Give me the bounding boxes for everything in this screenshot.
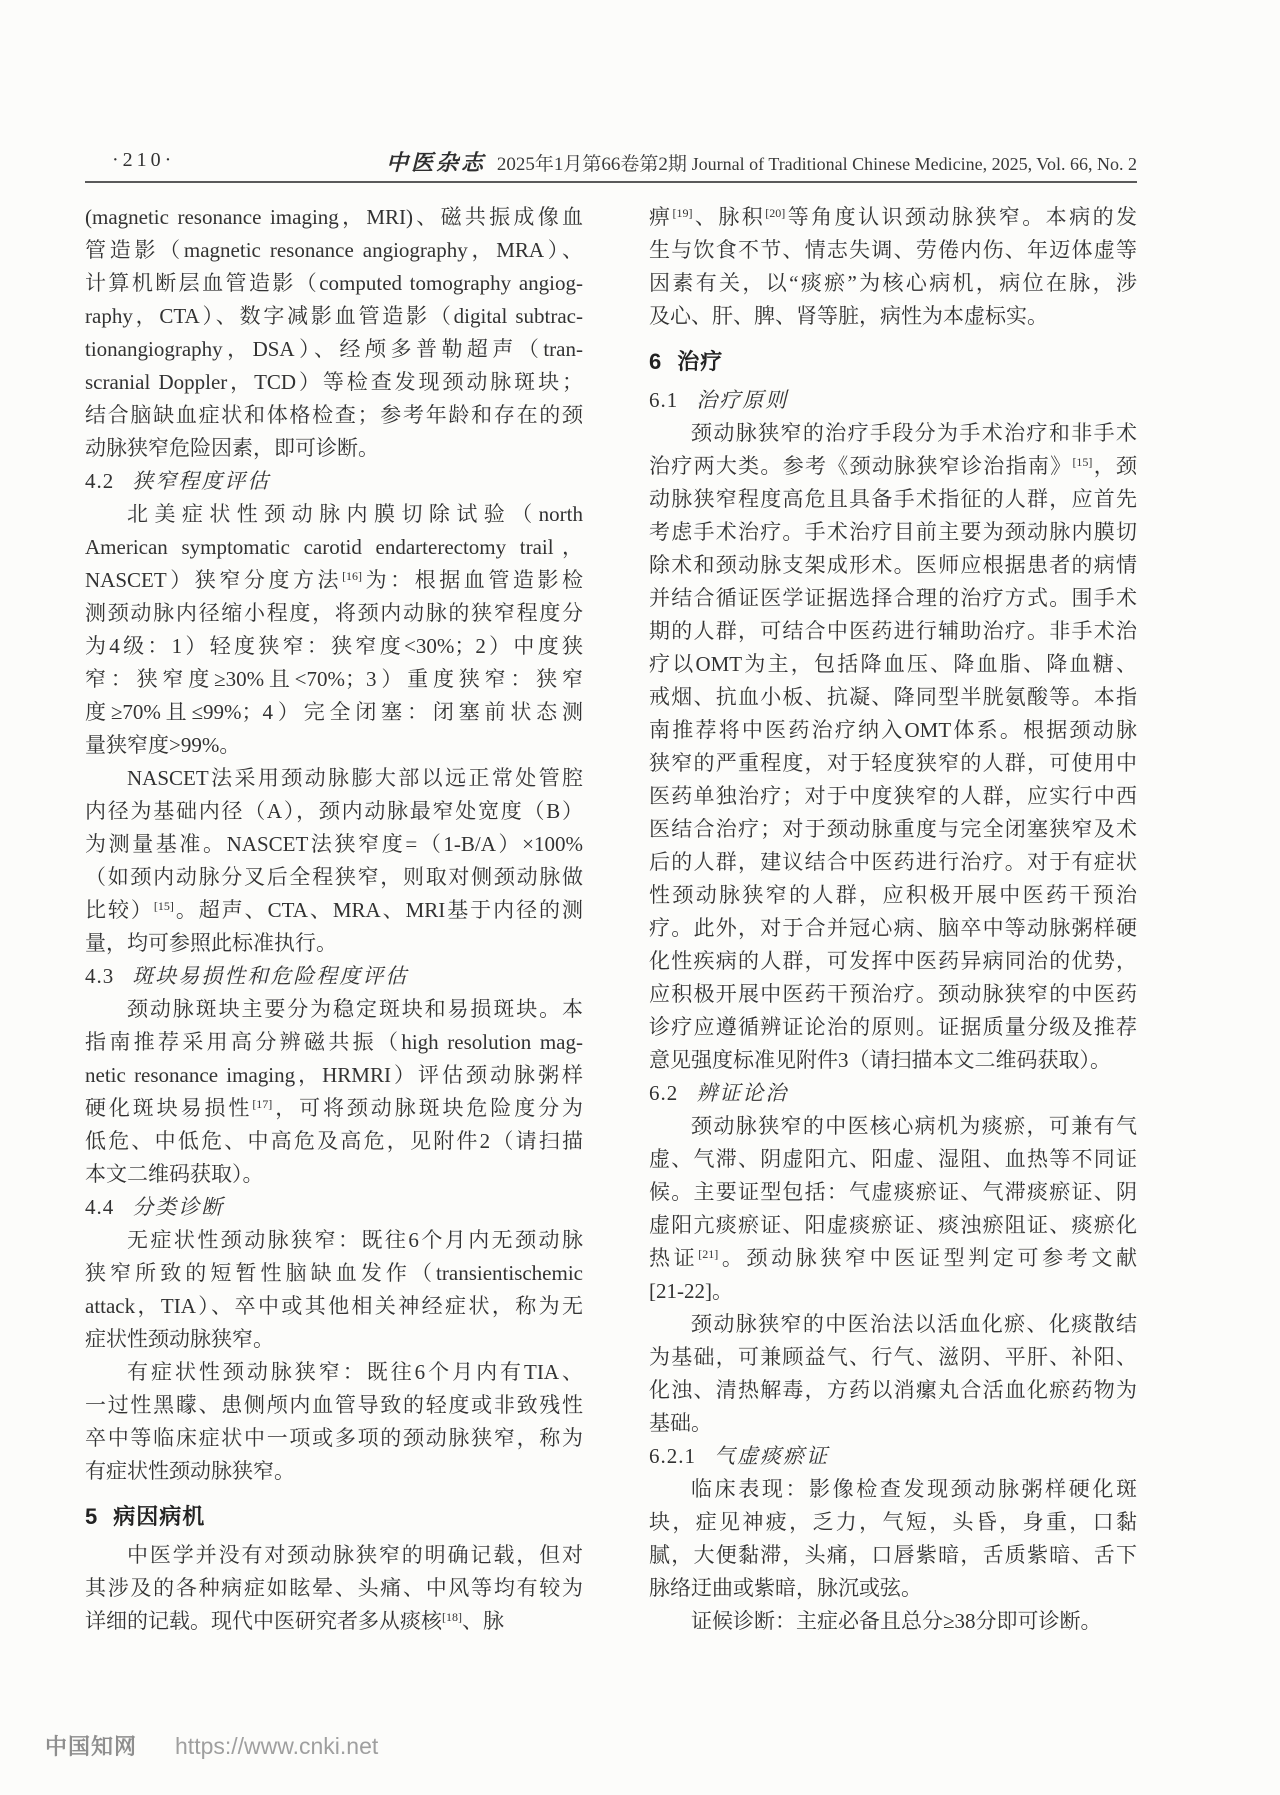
text-line: 南推荐将中医药治疗纳入OMT体系。根据颈动脉 — [649, 714, 1137, 747]
text-line: 量，均可参照此标准执行。 — [85, 927, 583, 960]
text-line: 证候诊断：主症必备且总分≥38分即可诊断。 — [649, 1605, 1137, 1638]
text-line: NASCET）狭窄分度方法[16]为：根据血管造影检 — [85, 564, 583, 597]
text-line: 治疗两大类。参考《颈动脉狭窄诊治指南》[15]，颈 — [649, 450, 1137, 483]
reference-marker: [19] — [672, 206, 692, 220]
text-line: 内径为基础内径（A），颈内动脉最窄处宽度（B） — [85, 795, 583, 828]
header-rule — [85, 181, 1137, 183]
cnki-url: https://www.cnki.net — [175, 1733, 378, 1759]
text-line: 虚、气滞、阴虚阳亢、阳虚、湿阻、血热等不同证 — [649, 1143, 1137, 1176]
text-line: 医结合治疗；对于颈动脉重度与完全闭塞狭窄及术 — [649, 813, 1137, 846]
text-line: 症状性颈动脉狭窄。 — [85, 1323, 583, 1356]
text-line: 狭窄所致的短暂性脑缺血发作（transientischemic — [85, 1257, 583, 1290]
text-line: 计算机断层血管造影（computed tomography angiog- — [85, 267, 583, 300]
paragraph: 颈动脉狭窄的治疗手段分为手术治疗和非手术治疗两大类。参考《颈动脉狭窄诊治指南》[… — [649, 417, 1137, 1077]
section-title: 病因病机 — [113, 1504, 205, 1529]
text-line: 动脉狭窄危险因素，即可诊断。 — [85, 432, 583, 465]
section-heading-6.2.1: 6.2.1气虚痰瘀证 — [649, 1440, 1137, 1473]
text-line: 窄：狭窄度≥30%且<70%；3）重度狭窄：狭窄 — [85, 663, 583, 696]
text-line: 本文二维码获取）。 — [85, 1158, 583, 1191]
reference-marker: [17] — [252, 1097, 272, 1111]
text-line: 除术和颈动脉支架成形术。医师应根据患者的病情 — [649, 549, 1137, 582]
text-line: 北美症状性颈动脉内膜切除试验（north — [85, 498, 583, 531]
text-line: 性颈动脉狭窄的人群，应积极开展中医药干预治 — [649, 879, 1137, 912]
section-number: 4.2 — [85, 469, 114, 493]
text-line: 虚阳亢痰瘀证、阳虚痰瘀证、痰浊瘀阻证、痰瘀化 — [649, 1209, 1137, 1242]
section-number: 6.2.1 — [649, 1444, 696, 1468]
text-line: 指南推荐采用高分辨磁共振（high resolution mag- — [85, 1026, 583, 1059]
section-title: 斑块易损性和危险程度评估 — [132, 964, 408, 988]
text-line: NASCET法采用颈动脉膨大部以远正常处管腔 — [85, 762, 583, 795]
reference-marker: [20] — [765, 206, 785, 220]
section-title: 狭窄程度评估 — [132, 469, 270, 493]
text-line: 及心、肝、脾、肾等脏，病性为本虚标实。 — [649, 300, 1137, 333]
text-line: 颈动脉斑块主要分为稳定斑块和易损斑块。本 — [85, 993, 583, 1026]
page-number: ·210· — [112, 149, 175, 172]
section-title: 治疗原则 — [696, 388, 788, 412]
text-line: 腻，大便黏滞，头痛，口唇紫暗，舌质紫暗、舌下 — [649, 1539, 1137, 1572]
paragraph: 颈动脉狭窄的中医核心病机为痰瘀，可兼有气虚、气滞、阴虚阳亢、阳虚、湿阻、血热等不… — [649, 1110, 1137, 1308]
paragraph: 痹[19]、脉积[20]等角度认识颈动脉狭窄。本病的发生与饮食不节、情志失调、劳… — [649, 201, 1137, 333]
section-title: 气虚痰瘀证 — [714, 1444, 829, 1468]
paragraph: 中医学并没有对颈动脉狭窄的明确记载，但对其涉及的各种病症如眩晕、头痛、中风等均有… — [85, 1539, 583, 1638]
text-line: 详细的记载。现代中医研究者多从痰核[18]、脉 — [85, 1605, 583, 1638]
section-title: 辨证论治 — [696, 1081, 788, 1105]
text-line: 基础。 — [649, 1407, 1137, 1440]
text-line: 无症状性颈动脉狭窄：既往6个月内无颈动脉 — [85, 1224, 583, 1257]
text-line: 块，症见神疲，乏力，气短，头昏，身重，口黏 — [649, 1506, 1137, 1539]
text-line: 颈动脉狭窄的中医核心病机为痰瘀，可兼有气 — [649, 1110, 1137, 1143]
text-line: 化性疾病的人群，可发挥中医药异病同治的优势， — [649, 945, 1137, 978]
section-heading-4.4: 4.4分类诊断 — [85, 1191, 583, 1224]
right-column: 痹[19]、脉积[20]等角度认识颈动脉狭窄。本病的发生与饮食不节、情志失调、劳… — [649, 201, 1137, 1638]
text-line: [21-22]。 — [649, 1275, 1137, 1308]
paragraph: 有症状性颈动脉狭窄：既往6个月内有TIA、一过性黑矇、患侧颅内血管导致的轻度或非… — [85, 1356, 583, 1488]
text-line: 狭窄的严重程度，对于轻度狭窄的人群，可使用中 — [649, 747, 1137, 780]
cnki-logo: 中国知网 — [45, 1734, 137, 1759]
text-line: 痹[19]、脉积[20]等角度认识颈动脉狭窄。本病的发 — [649, 201, 1137, 234]
text-line: 动脉狭窄程度高危且具备手术指征的人群，应首先 — [649, 483, 1137, 516]
text-line: 脉络迂曲或紫暗，脉沉或弦。 — [649, 1572, 1137, 1605]
text-line: 量狭窄度>99%。 — [85, 729, 583, 762]
issue-info: 2025年1月第66卷第2期 — [497, 154, 687, 175]
text-line: 其涉及的各种病症如眩晕、头痛、中风等均有较为 — [85, 1572, 583, 1605]
text-line: 诊疗应遵循辨证论治的原则。证据质量分级及推荐 — [649, 1011, 1137, 1044]
journal-name-logo: 中医杂志 — [386, 150, 486, 175]
text-line: 戒烟、抗血小板、抗凝、降同型半胱氨酸等。本指 — [649, 681, 1137, 714]
reference-marker: [18] — [442, 1610, 462, 1624]
text-line: 意见强度标准见附件3（请扫描本文二维码获取）。 — [649, 1044, 1137, 1077]
reference-marker: [21] — [698, 1247, 718, 1261]
text-line: 低危、中低危、中高危及高危，见附件2（请扫描 — [85, 1125, 583, 1158]
paragraph: 颈动脉斑块主要分为稳定斑块和易损斑块。本指南推荐采用高分辨磁共振（high re… — [85, 993, 583, 1191]
section-title: 分类诊断 — [132, 1195, 224, 1219]
text-line: 化浊、清热解毒，方药以消瘰丸合活血化瘀药物为 — [649, 1374, 1137, 1407]
text-line: 疗。此外，对于合并冠心病、脑卒中等动脉粥样硬 — [649, 912, 1137, 945]
text-line: scranial Doppler，TCD）等检查发现颈动脉斑块； — [85, 366, 583, 399]
text-line: 结合脑缺血症状和体格检查；参考年龄和存在的颈 — [85, 399, 583, 432]
section-heading-6.2: 6.2辨证论治 — [649, 1077, 1137, 1110]
text-line: 考虑手术治疗。手术治疗目前主要为颈动脉内膜切 — [649, 516, 1137, 549]
section-number: 4.4 — [85, 1195, 114, 1219]
text-line: 疗以OMT为主，包括降血压、降血脂、降血糖、 — [649, 648, 1137, 681]
section-heading-4.3: 4.3斑块易损性和危险程度评估 — [85, 960, 583, 993]
section-heading-4.2: 4.2狭窄程度评估 — [85, 465, 583, 498]
section-heading-6.1: 6.1治疗原则 — [649, 384, 1137, 417]
section-number: 6.1 — [649, 388, 678, 412]
text-line: raphy，CTA）、数字减影血管造影（digital subtrac- — [85, 300, 583, 333]
text-line: 中医学并没有对颈动脉狭窄的明确记载，但对 — [85, 1539, 583, 1572]
journal-page: ·210· 中医杂志 2025年1月第66卷第2期 Journal of Tra… — [0, 0, 1280, 1795]
text-line: 为测量基准。NASCET法狭窄度=（1-B/A）×100% — [85, 828, 583, 861]
text-line: 生与饮食不节、情志失调、劳倦内伤、年迈体虚等 — [649, 234, 1137, 267]
text-line: 并结合循证医学证据选择合理的治疗方式。围手术 — [649, 582, 1137, 615]
section-number: 5 — [85, 1504, 97, 1529]
text-line: tionangiography，DSA）、经颅多普勒超声（tran- — [85, 333, 583, 366]
text-line: 医药单独治疗；对于中度狭窄的人群，应实行中西 — [649, 780, 1137, 813]
text-line: 一过性黑矇、患侧颅内血管导致的轻度或非致残性 — [85, 1389, 583, 1422]
paragraph: 临床表现：影像检查发现颈动脉粥样硬化斑块，症见神疲，乏力，气短，头昏，身重，口黏… — [649, 1473, 1137, 1605]
section-number: 6.2 — [649, 1081, 678, 1105]
reference-marker: [15] — [154, 899, 174, 913]
text-line: 临床表现：影像检查发现颈动脉粥样硬化斑 — [649, 1473, 1137, 1506]
paragraph: 颈动脉狭窄的中医治法以活血化瘀、化痰散结为基础，可兼顾益气、行气、滋阴、平肝、补… — [649, 1308, 1137, 1440]
text-line: 候。主要证型包括：气虚痰瘀证、气滞痰瘀证、阴 — [649, 1176, 1137, 1209]
text-line: 有症状性颈动脉狭窄：既往6个月内有TIA、 — [85, 1356, 583, 1389]
text-line: 应积极开展中医药干预治疗。颈动脉狭窄的中医药 — [649, 978, 1137, 1011]
text-line: 热证[21]。颈动脉狭窄中医证型判定可参考文献 — [649, 1242, 1137, 1275]
text-line: 管造影（magnetic resonance angiography，MRA）、 — [85, 234, 583, 267]
cnki-watermark: 中国知网https://www.cnki.net — [45, 1730, 378, 1761]
journal-citation: 中医杂志 2025年1月第66卷第2期 Journal of Tradition… — [187, 146, 1137, 177]
section-number: 6 — [649, 349, 661, 374]
section-heading-6: 6治疗 — [649, 333, 1137, 378]
section-title: 治疗 — [677, 349, 723, 374]
text-line: 比较）[15]。超声、CTA、MRA、MRI基于内径的测 — [85, 894, 583, 927]
journal-title-en: Journal of Traditional Chinese Medicine,… — [692, 154, 1137, 174]
text-line: 硬化斑块易损性[17]，可将颈动脉斑块危险度分为 — [85, 1092, 583, 1125]
text-line: （如颈内动脉分叉后全程狭窄，则取对侧颈动脉做 — [85, 861, 583, 894]
left-column: (magnetic resonance imaging，MRI)、磁共振成像血管… — [85, 201, 583, 1638]
reference-marker: [15] — [1072, 455, 1092, 469]
text-line: American symptomatic carotid endarterect… — [85, 531, 583, 564]
text-line: netic resonance imaging，HRMRI）评估颈动脉粥样 — [85, 1059, 583, 1092]
section-number: 4.3 — [85, 964, 114, 988]
text-line: 有症状性颈动脉狭窄。 — [85, 1455, 583, 1488]
text-line: 颈动脉狭窄的治疗手段分为手术治疗和非手术 — [649, 417, 1137, 450]
paragraph: NASCET法采用颈动脉膨大部以远正常处管腔内径为基础内径（A），颈内动脉最窄处… — [85, 762, 583, 960]
paragraph: 无症状性颈动脉狭窄：既往6个月内无颈动脉狭窄所致的短暂性脑缺血发作（transi… — [85, 1224, 583, 1356]
reference-marker: [16] — [342, 569, 362, 583]
text-line: 后的人群，建议结合中医药进行治疗。对于有症状 — [649, 846, 1137, 879]
text-line: 测颈动脉内径缩小程度，将颈内动脉的狭窄程度分 — [85, 597, 583, 630]
text-line: 颈动脉狭窄的中医治法以活血化瘀、化痰散结 — [649, 1308, 1137, 1341]
text-line: attack，TIA）、卒中或其他相关神经症状，称为无 — [85, 1290, 583, 1323]
paragraph: 证候诊断：主症必备且总分≥38分即可诊断。 — [649, 1605, 1137, 1638]
text-line: 为基础，可兼顾益气、行气、滋阴、平肝、补阳、 — [649, 1341, 1137, 1374]
text-line: 为4级：1）轻度狭窄：狭窄度<30%；2）中度狭 — [85, 630, 583, 663]
section-heading-5: 5病因病机 — [85, 1488, 583, 1533]
text-line: 期的人群，可结合中医药进行辅助治疗。非手术治 — [649, 615, 1137, 648]
text-line: 卒中等临床症状中一项或多项的颈动脉狭窄，称为 — [85, 1422, 583, 1455]
text-line: 因素有关，以“痰瘀”为核心病机，病位在脉，涉 — [649, 267, 1137, 300]
paragraph: 北美症状性颈动脉内膜切除试验（northAmerican symptomatic… — [85, 498, 583, 762]
paragraph: (magnetic resonance imaging，MRI)、磁共振成像血管… — [85, 201, 583, 465]
text-line: 度≥70%且≤99%；4）完全闭塞：闭塞前状态测 — [85, 696, 583, 729]
text-line: (magnetic resonance imaging，MRI)、磁共振成像血 — [85, 201, 583, 234]
